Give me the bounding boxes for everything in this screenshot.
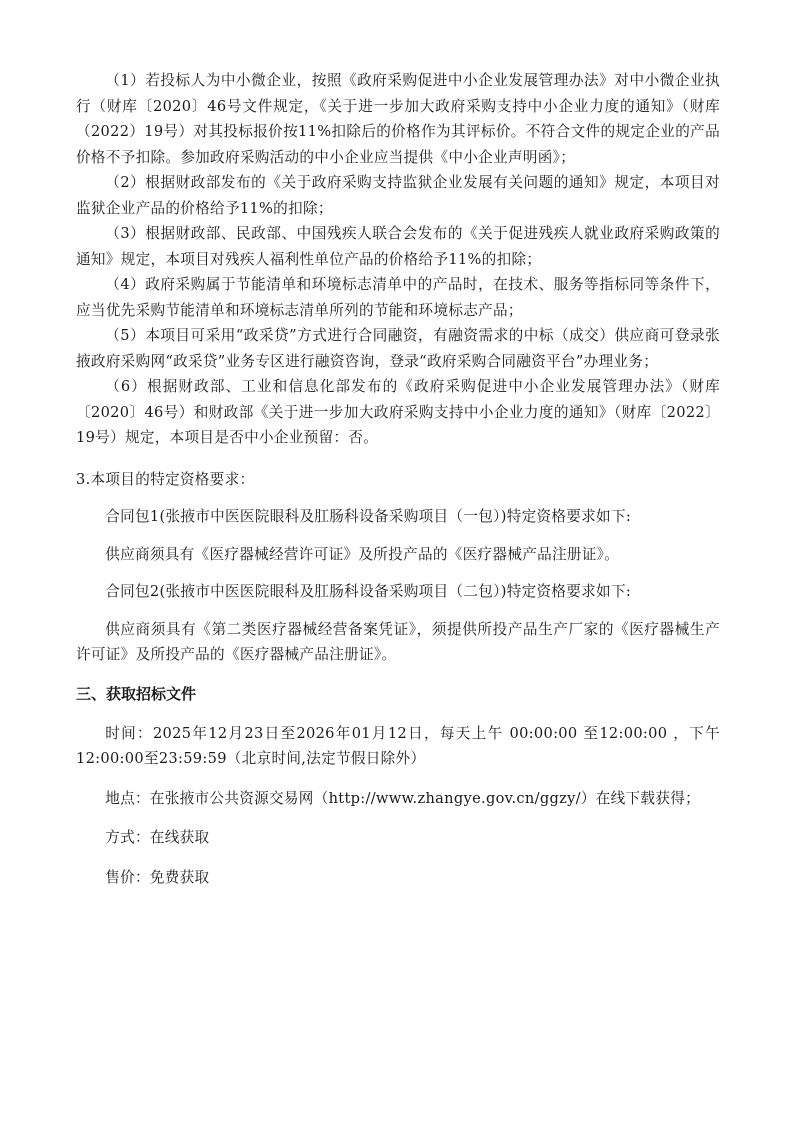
package-1-label: 合同包1(张掖市中医医院眼科及肛肠科设备采购项目（一包）)特定资格要求如下:	[76, 504, 720, 530]
policy-item-5: （5）本项目可采用“政采贷”方式进行合同融资，有融资需求的中标（成交）供应商可登…	[76, 323, 720, 374]
policy-item-1: （1）若投标人为中小微企业，按照《政府采购促进中小企业发展管理办法》对中小微企业…	[76, 68, 720, 170]
obtain-method: 方式：在线获取	[76, 825, 720, 851]
package-1-requirement: 供应商须具有《医疗器械经营许可证》及所投产品的《医疗器械产品注册证》。	[76, 542, 720, 568]
obtain-location: 地点：在张掖市公共资源交易网（http://www.zhangye.gov.cn…	[76, 786, 720, 812]
policy-item-3: （3）根据财政部、民政部、中国残疾人联合会发布的《关于促进残疾人就业政府采购政策…	[76, 221, 720, 272]
obtain-time: 时间：2025年12月23日至2026年01月12日，每天上午 00:00:00…	[76, 721, 720, 772]
special-requirements-title: 3.本项目的特定资格要求：	[76, 467, 720, 493]
policy-item-6: （6）根据财政部、工业和信息化部发布的《政府采购促进中小企业发展管理办法》（财库…	[76, 374, 720, 451]
document-page: （1）若投标人为中小微企业，按照《政府采购促进中小企业发展管理办法》对中小微企业…	[76, 68, 720, 890]
policy-item-4: （4）政府采购属于节能清单和环境标志清单中的产品时，在技术、服务等指标同等条件下…	[76, 272, 720, 323]
package-2-requirement: 供应商须具有《第二类医疗器械经营备案凭证》，须提供所投产品生产厂家的《医疗器械生…	[76, 617, 720, 668]
obtain-price: 售价：免费获取	[76, 865, 720, 891]
policy-item-2: （2）根据财政部发布的《关于政府采购支持监狱企业发展有关问题的通知》规定，本项目…	[76, 170, 720, 221]
section-heading-obtain-documents: 三、获取招标文件	[76, 682, 720, 707]
package-2-label: 合同包2(张掖市中医医院眼科及肛肠科设备采购项目（二包）)特定资格要求如下:	[76, 579, 720, 605]
